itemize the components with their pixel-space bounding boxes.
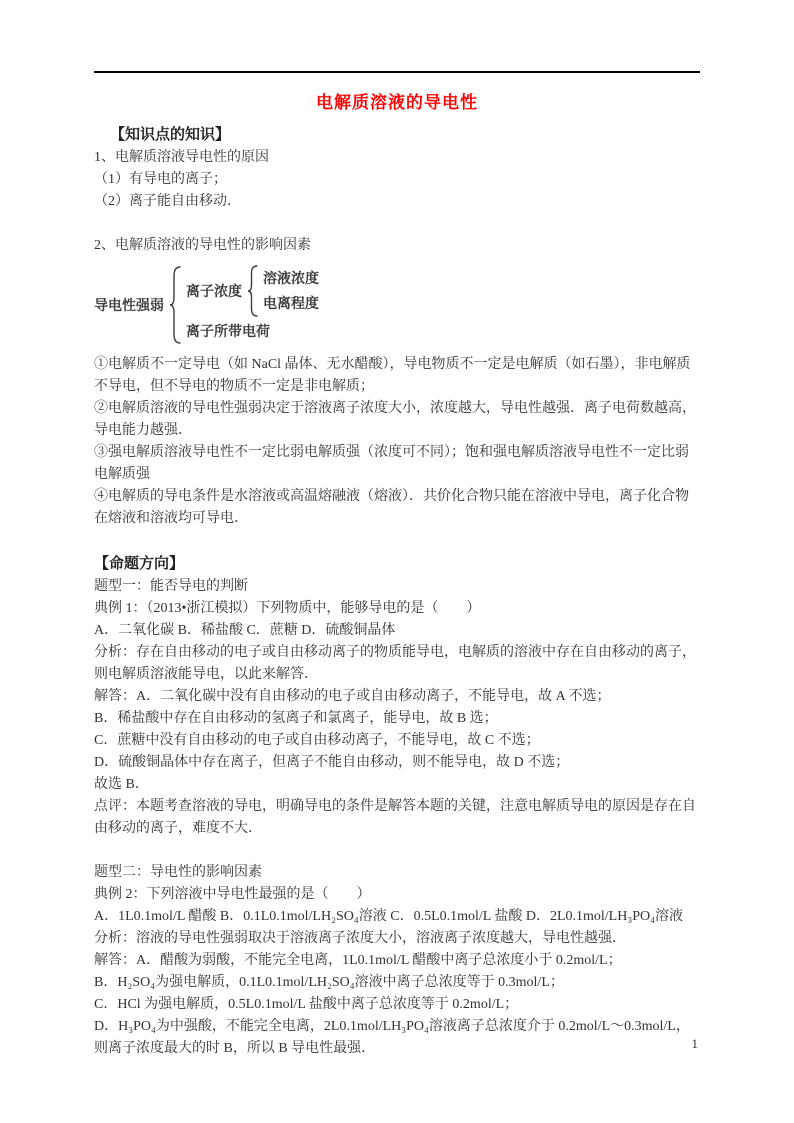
header-rule: [94, 71, 700, 73]
cause-title: 1、电解质溶液导电性的原因: [94, 147, 700, 169]
diagram-level2: 溶液浓度 电离程度: [263, 266, 319, 316]
example2-answer-line: 解答：A．醋酸为弱酸，不能完全电离，1L0.1mol/L 醋酸中离子总浓度小于 …: [94, 950, 700, 972]
example1-analysis: 分析：存在自由移动的电子或自由移动离子的物质能导电，电解质的溶液中存在自由移动的…: [94, 642, 700, 686]
knowledge-note: ②电解质溶液的导电性强弱决定于溶液离子浓度大小，浓度越大，导电性越强．离子电荷数…: [94, 398, 700, 442]
example2-options: A．1L0.1mol/L 醋酸 B．0.1L0.1mol/LH₂SO₄溶液 C．…: [94, 906, 700, 928]
example2-question: 典例 2：下列溶液中导电性最强的是（ ）: [94, 884, 700, 906]
knowledge-note: ①电解质不一定导电（如 NaCl 晶体、无水醋酸），导电物质不一定是电解质（如石…: [94, 354, 700, 398]
example2-analysis: 分析：溶液的导电性强弱取决于溶液离子浓度大小，溶液离子浓度越大，导电性越强．: [94, 928, 700, 950]
example1-answer-line: B．稀盐酸中存在自由移动的氢离子和氯离子，能导电，故 B 选；: [94, 708, 700, 730]
diagram-root-label: 导电性强弱: [94, 295, 164, 315]
document-page: 电解质溶液的导电性 【知识点的知识】 1、电解质溶液导电性的原因 （1）有导电的…: [0, 0, 794, 1123]
example1-answer-line: 故选 B．: [94, 774, 700, 796]
diagram-leaf-label: 溶液浓度: [263, 266, 319, 291]
example1-question: 典例 1：（2013•浙江模拟）下列物质中，能够导电的是（ ）: [94, 598, 700, 620]
example1-answer-line: 解答：A．二氧化碳中没有自由移动的电子或自由移动离子，不能导电，故 A 不选；: [94, 686, 700, 708]
factors-title: 2、电解质溶液的导电性的影响因素: [94, 235, 700, 257]
example2-answer-line: C．HCl 为强电解质，0.5L0.1mol/L 盐酸中离子总浓度等于 0.2m…: [94, 994, 700, 1016]
knowledge-note: ④电解质的导电条件是水溶液或高温熔融液（熔液）．共价化合物只能在溶液中导电，离子…: [94, 486, 700, 530]
page-number: 1: [692, 1036, 699, 1052]
page-title: 电解质溶液的导电性: [94, 91, 700, 115]
inner-brace-icon: [247, 265, 258, 317]
diagram-branch1-row: 离子浓度 溶液浓度 电离程度: [186, 265, 319, 317]
diagram-level1: 离子浓度 溶液浓度 电离程度 离子所带电荷: [186, 265, 319, 344]
example2-answer-line: D．H₃PO₄为中强酸，不能完全电离，2L0.1mol/LH₃PO₄溶液离子总浓…: [94, 1016, 700, 1060]
exam-section-heading: 【命题方向】: [94, 552, 700, 576]
question-type2-title: 题型二：导电性的影响因素: [94, 862, 700, 884]
knowledge-note: ③强电解质溶液导电性不一定比弱电解质强（浓度可不同）；饱和强电解质溶液导电性不一…: [94, 442, 700, 486]
knowledge-section-heading: 【知识点的知识】: [94, 123, 700, 147]
question-type1-title: 题型一：能否导电的判断: [94, 576, 700, 598]
example1-answer-line: D．硫酸铜晶体中存在离子，但离子不能自由移动，则不能导电，故 D 不选；: [94, 752, 700, 774]
conductivity-factor-diagram: 导电性强弱 离子浓度 溶液浓度 电离程度 离子所带电荷: [94, 265, 700, 344]
diagram-branch1-label: 离子浓度: [186, 281, 242, 301]
outer-brace-icon: [169, 266, 181, 344]
example1-answer-line: C．蔗糖中没有自由移动的电子或自由移动离子，不能导电，故 C 不选；: [94, 730, 700, 752]
example1-comment: 点评：本题考查溶液的导电，明确导电的条件是解答本题的关键，注意电解质导电的原因是…: [94, 796, 700, 840]
diagram-leaf-label: 电离程度: [263, 291, 319, 316]
diagram-branch2-label: 离子所带电荷: [186, 319, 319, 344]
example2-answer-line: B．H₂SO₄为强电解质，0.1L0.1mol/LH₂SO₄溶液中离子总浓度等于…: [94, 972, 700, 994]
cause-item: （1）有导电的离子；: [94, 169, 700, 191]
example1-options: A．二氧化碳 B．稀盐酸 C．蔗糖 D．硫酸铜晶体: [94, 620, 700, 642]
cause-item: （2）离子能自由移动．: [94, 191, 700, 213]
